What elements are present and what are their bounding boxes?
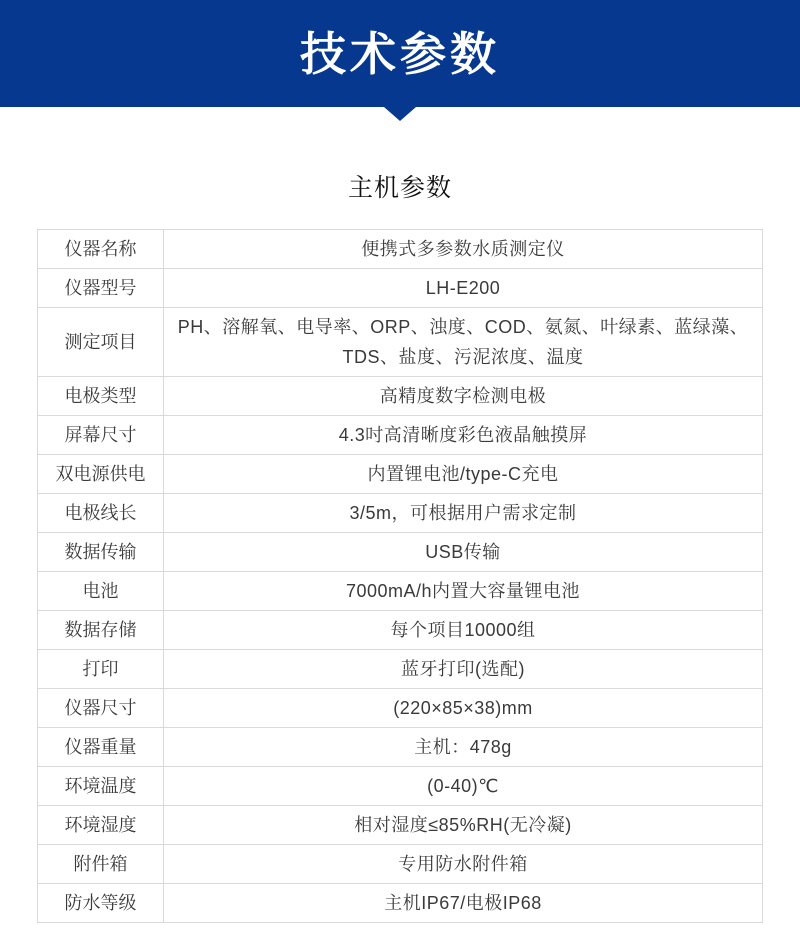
spec-label: 屏幕尺寸: [38, 416, 164, 455]
spec-value: PH、溶解氧、电导率、ORP、浊度、COD、氨氮、叶绿素、蓝绿藻、TDS、盐度、…: [164, 308, 763, 377]
banner-title: 技术参数: [300, 31, 500, 77]
spec-label: 仪器型号: [38, 269, 164, 308]
table-row: 数据存储 每个项目10000组: [38, 611, 763, 650]
table-row: 测定项目 PH、溶解氧、电导率、ORP、浊度、COD、氨氮、叶绿素、蓝绿藻、TD…: [38, 308, 763, 377]
spec-value: (220×85×38)mm: [164, 689, 763, 728]
spec-label: 电极线长: [38, 494, 164, 533]
spec-value: USB传输: [164, 533, 763, 572]
table-row: 防水等级 主机IP67/电极IP68: [38, 884, 763, 923]
table-row: 打印 蓝牙打印(选配): [38, 650, 763, 689]
table-row: 数据传输 USB传输: [38, 533, 763, 572]
spec-value: 蓝牙打印(选配): [164, 650, 763, 689]
spec-label: 仪器重量: [38, 728, 164, 767]
spec-table: 仪器名称 便携式多参数水质测定仪 仪器型号 LH-E200 测定项目 PH、溶解…: [37, 229, 763, 923]
spec-value: 7000mA/h内置大容量锂电池: [164, 572, 763, 611]
spec-value: 3/5m，可根据用户需求定制: [164, 494, 763, 533]
table-row: 仪器型号 LH-E200: [38, 269, 763, 308]
spec-value: 每个项目10000组: [164, 611, 763, 650]
spec-value: 高精度数字检测电极: [164, 377, 763, 416]
table-row: 屏幕尺寸 4.3吋高清晰度彩色液晶触摸屏: [38, 416, 763, 455]
spec-label: 数据存储: [38, 611, 164, 650]
banner-pointer-triangle-icon: [384, 107, 416, 121]
table-row: 电极线长 3/5m，可根据用户需求定制: [38, 494, 763, 533]
spec-label: 双电源供电: [38, 455, 164, 494]
spec-label: 环境温度: [38, 767, 164, 806]
spec-label: 环境湿度: [38, 806, 164, 845]
spec-label: 仪器名称: [38, 230, 164, 269]
spec-value: 便携式多参数水质测定仪: [164, 230, 763, 269]
spec-label: 电池: [38, 572, 164, 611]
table-row: 仪器重量 主机：478g: [38, 728, 763, 767]
spec-label: 电极类型: [38, 377, 164, 416]
spec-label: 附件箱: [38, 845, 164, 884]
spec-value: LH-E200: [164, 269, 763, 308]
table-row: 附件箱 专用防水附件箱: [38, 845, 763, 884]
spec-value: 专用防水附件箱: [164, 845, 763, 884]
table-row: 环境湿度 相对湿度≤85%RH(无冷凝): [38, 806, 763, 845]
spec-value: 主机：478g: [164, 728, 763, 767]
table-row: 环境温度 (0-40)℃: [38, 767, 763, 806]
spec-value: 相对湿度≤85%RH(无冷凝): [164, 806, 763, 845]
table-row: 电池 7000mA/h内置大容量锂电池: [38, 572, 763, 611]
spec-value: 主机IP67/电极IP68: [164, 884, 763, 923]
banner: 技术参数: [0, 0, 800, 107]
spec-value: 内置锂电池/type-C充电: [164, 455, 763, 494]
spec-value: (0-40)℃: [164, 767, 763, 806]
table-row: 双电源供电 内置锂电池/type-C充电: [38, 455, 763, 494]
spec-value: 4.3吋高清晰度彩色液晶触摸屏: [164, 416, 763, 455]
table-row: 电极类型 高精度数字检测电极: [38, 377, 763, 416]
table-row: 仪器尺寸 (220×85×38)mm: [38, 689, 763, 728]
spec-label: 防水等级: [38, 884, 164, 923]
spec-label: 测定项目: [38, 308, 164, 377]
page: 技术参数 主机参数 仪器名称 便携式多参数水质测定仪 仪器型号 LH-E200 …: [0, 0, 800, 951]
section-title: 主机参数: [0, 168, 800, 204]
table-row: 仪器名称 便携式多参数水质测定仪: [38, 230, 763, 269]
spec-label: 打印: [38, 650, 164, 689]
spec-label: 数据传输: [38, 533, 164, 572]
spec-label: 仪器尺寸: [38, 689, 164, 728]
spec-table-body: 仪器名称 便携式多参数水质测定仪 仪器型号 LH-E200 测定项目 PH、溶解…: [38, 230, 763, 923]
